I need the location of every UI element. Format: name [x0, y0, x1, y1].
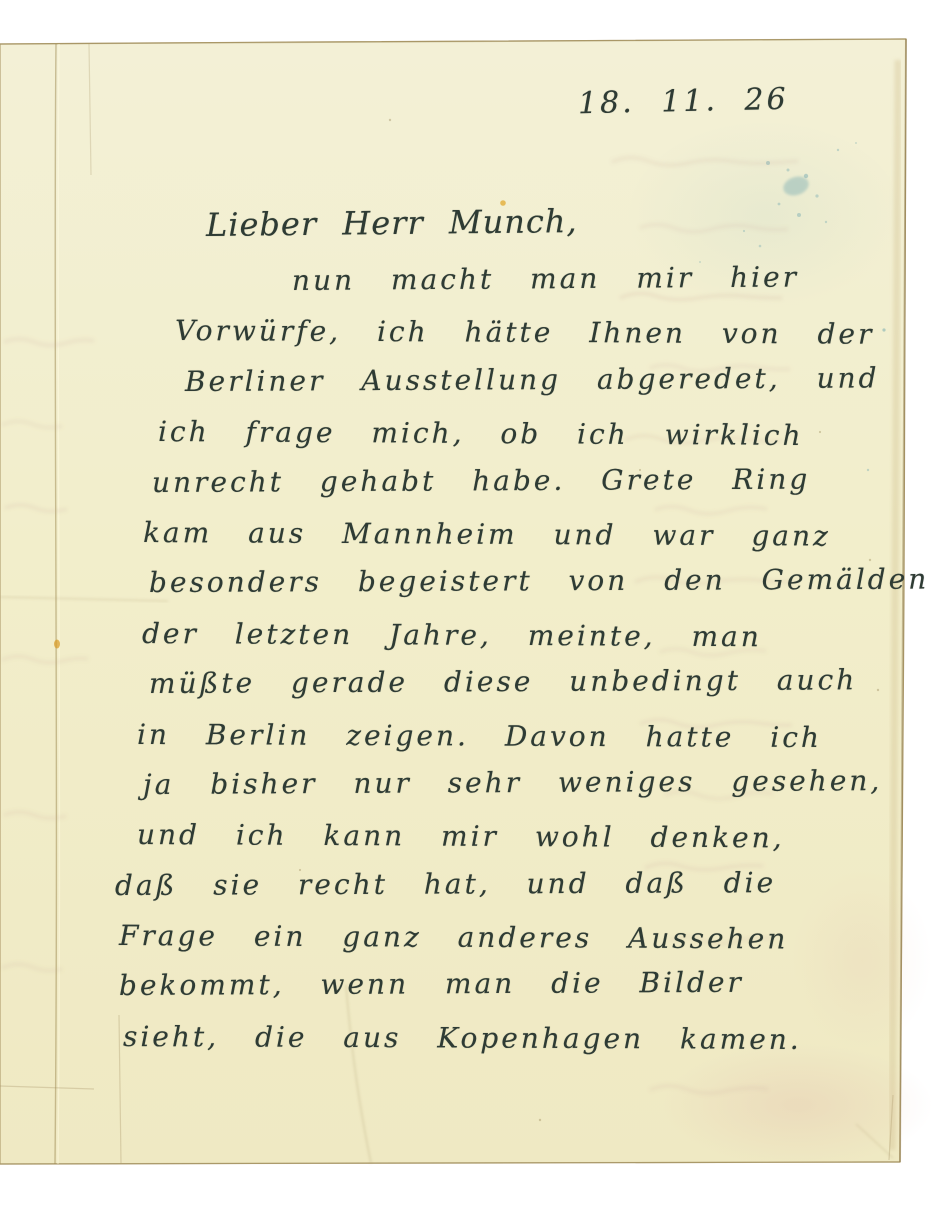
letter-date: 18. 11. 26 [578, 82, 789, 121]
handwriting-line: und ich kann mir wohl denken, [137, 810, 912, 864]
salutation: Lieber Herr Munch, [206, 202, 578, 244]
handwriting-line: nun macht man mir hier [292, 252, 912, 307]
scan-background: 18. 11. 26 Lieber Herr Munch, nun macht … [0, 0, 950, 1208]
letter-body: nun macht man mir hier Vorwürfe, ich hät… [112, 256, 912, 1062]
handwriting-line: Berliner Ausstellung abgeredet, und [185, 353, 912, 407]
handwriting-line: sieht, die aus Kopenhagen kamen. [123, 1012, 912, 1066]
handwriting-line: müßte gerade diese unbedingt auch [149, 655, 912, 709]
handwriting-line: daß sie recht hat, und daß die [115, 857, 912, 911]
handwriting-line: unrecht gehabt habe. Grete Ring [152, 454, 912, 508]
handwriting-line: besonders begeistert von den Gemälden [149, 555, 912, 609]
handwriting-line: bekommt, wenn man die Bilder [119, 957, 912, 1012]
handwriting-line: in Berlin zeigen. Davon hatte ich [137, 710, 912, 764]
handwriting-line: Vorwürfe, ich hätte Ihnen von der [175, 306, 912, 360]
handwriting-line: ja bisher nur sehr weniges gesehen, [143, 756, 912, 810]
yellow-spot-left-crease [54, 640, 60, 649]
